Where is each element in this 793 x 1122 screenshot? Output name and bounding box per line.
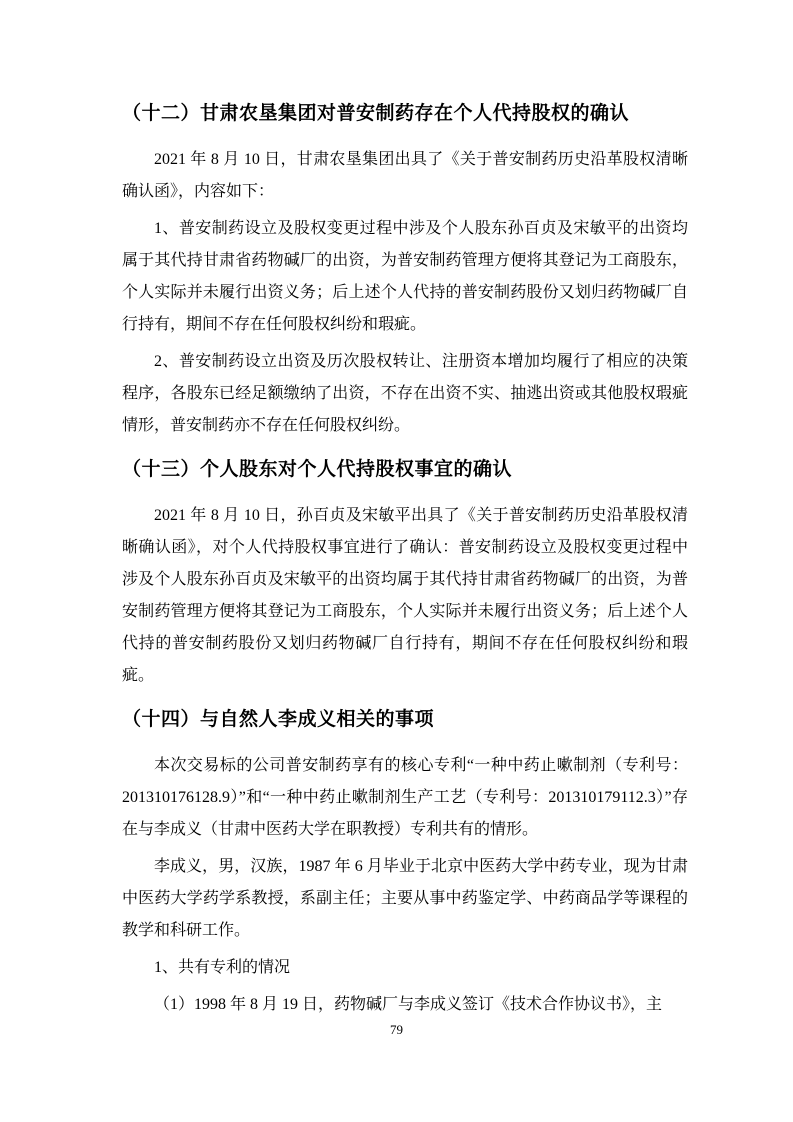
section-14: （十四）与自然人李成义相关的事项 本次交易标的公司普安制药享有的核心专利“一种中… [122, 706, 688, 1021]
section-14-heading: （十四）与自然人李成义相关的事项 [122, 706, 688, 732]
section-14-paragraph-1: 本次交易标的公司普安制药享有的核心专利“一种中药止嗽制剂（专利号：2013101… [122, 750, 688, 846]
section-13-paragraph-1: 2021 年 8 月 10 日，孙百贞及宋敏平出具了《关于普安制药历史沿革股权清… [122, 500, 688, 692]
section-12-heading: （十二）甘肃农垦集团对普安制药存在个人代持股权的确认 [122, 100, 688, 126]
section-13-heading: （十三）个人股东对个人代持股权事宜的确认 [122, 456, 688, 482]
document-page: （十二）甘肃农垦集团对普安制药存在个人代持股权的确认 2021 年 8 月 10… [0, 0, 793, 1122]
section-14-paragraph-4: （1）1998 年 8 月 19 日，药物碱厂与李成义签订《技术合作协议书》，主 [122, 989, 688, 1021]
section-12: （十二）甘肃农垦集团对普安制药存在个人代持股权的确认 2021 年 8 月 10… [122, 100, 688, 442]
section-12-paragraph-2: 1、普安制药设立及股权变更过程中涉及个人股东孙百贞及宋敏平的出资均属于其代持甘肃… [122, 213, 688, 341]
section-14-paragraph-3: 1、共有专利的情况 [122, 952, 688, 984]
section-13: （十三）个人股东对个人代持股权事宜的确认 2021 年 8 月 10 日，孙百贞… [122, 456, 688, 692]
section-14-paragraph-2: 李成义，男，汉族，1987 年 6 月毕业于北京中医药大学中药专业，现为甘肃中医… [122, 851, 688, 947]
section-12-paragraph-3: 2、普安制药设立出资及历次股权转让、注册资本增加均履行了相应的决策程序，各股东已… [122, 346, 688, 442]
section-12-paragraph-1: 2021 年 8 月 10 日，甘肃农垦集团出具了《关于普安制药历史沿革股权清晰… [122, 144, 688, 208]
page-number: 79 [0, 1022, 793, 1038]
